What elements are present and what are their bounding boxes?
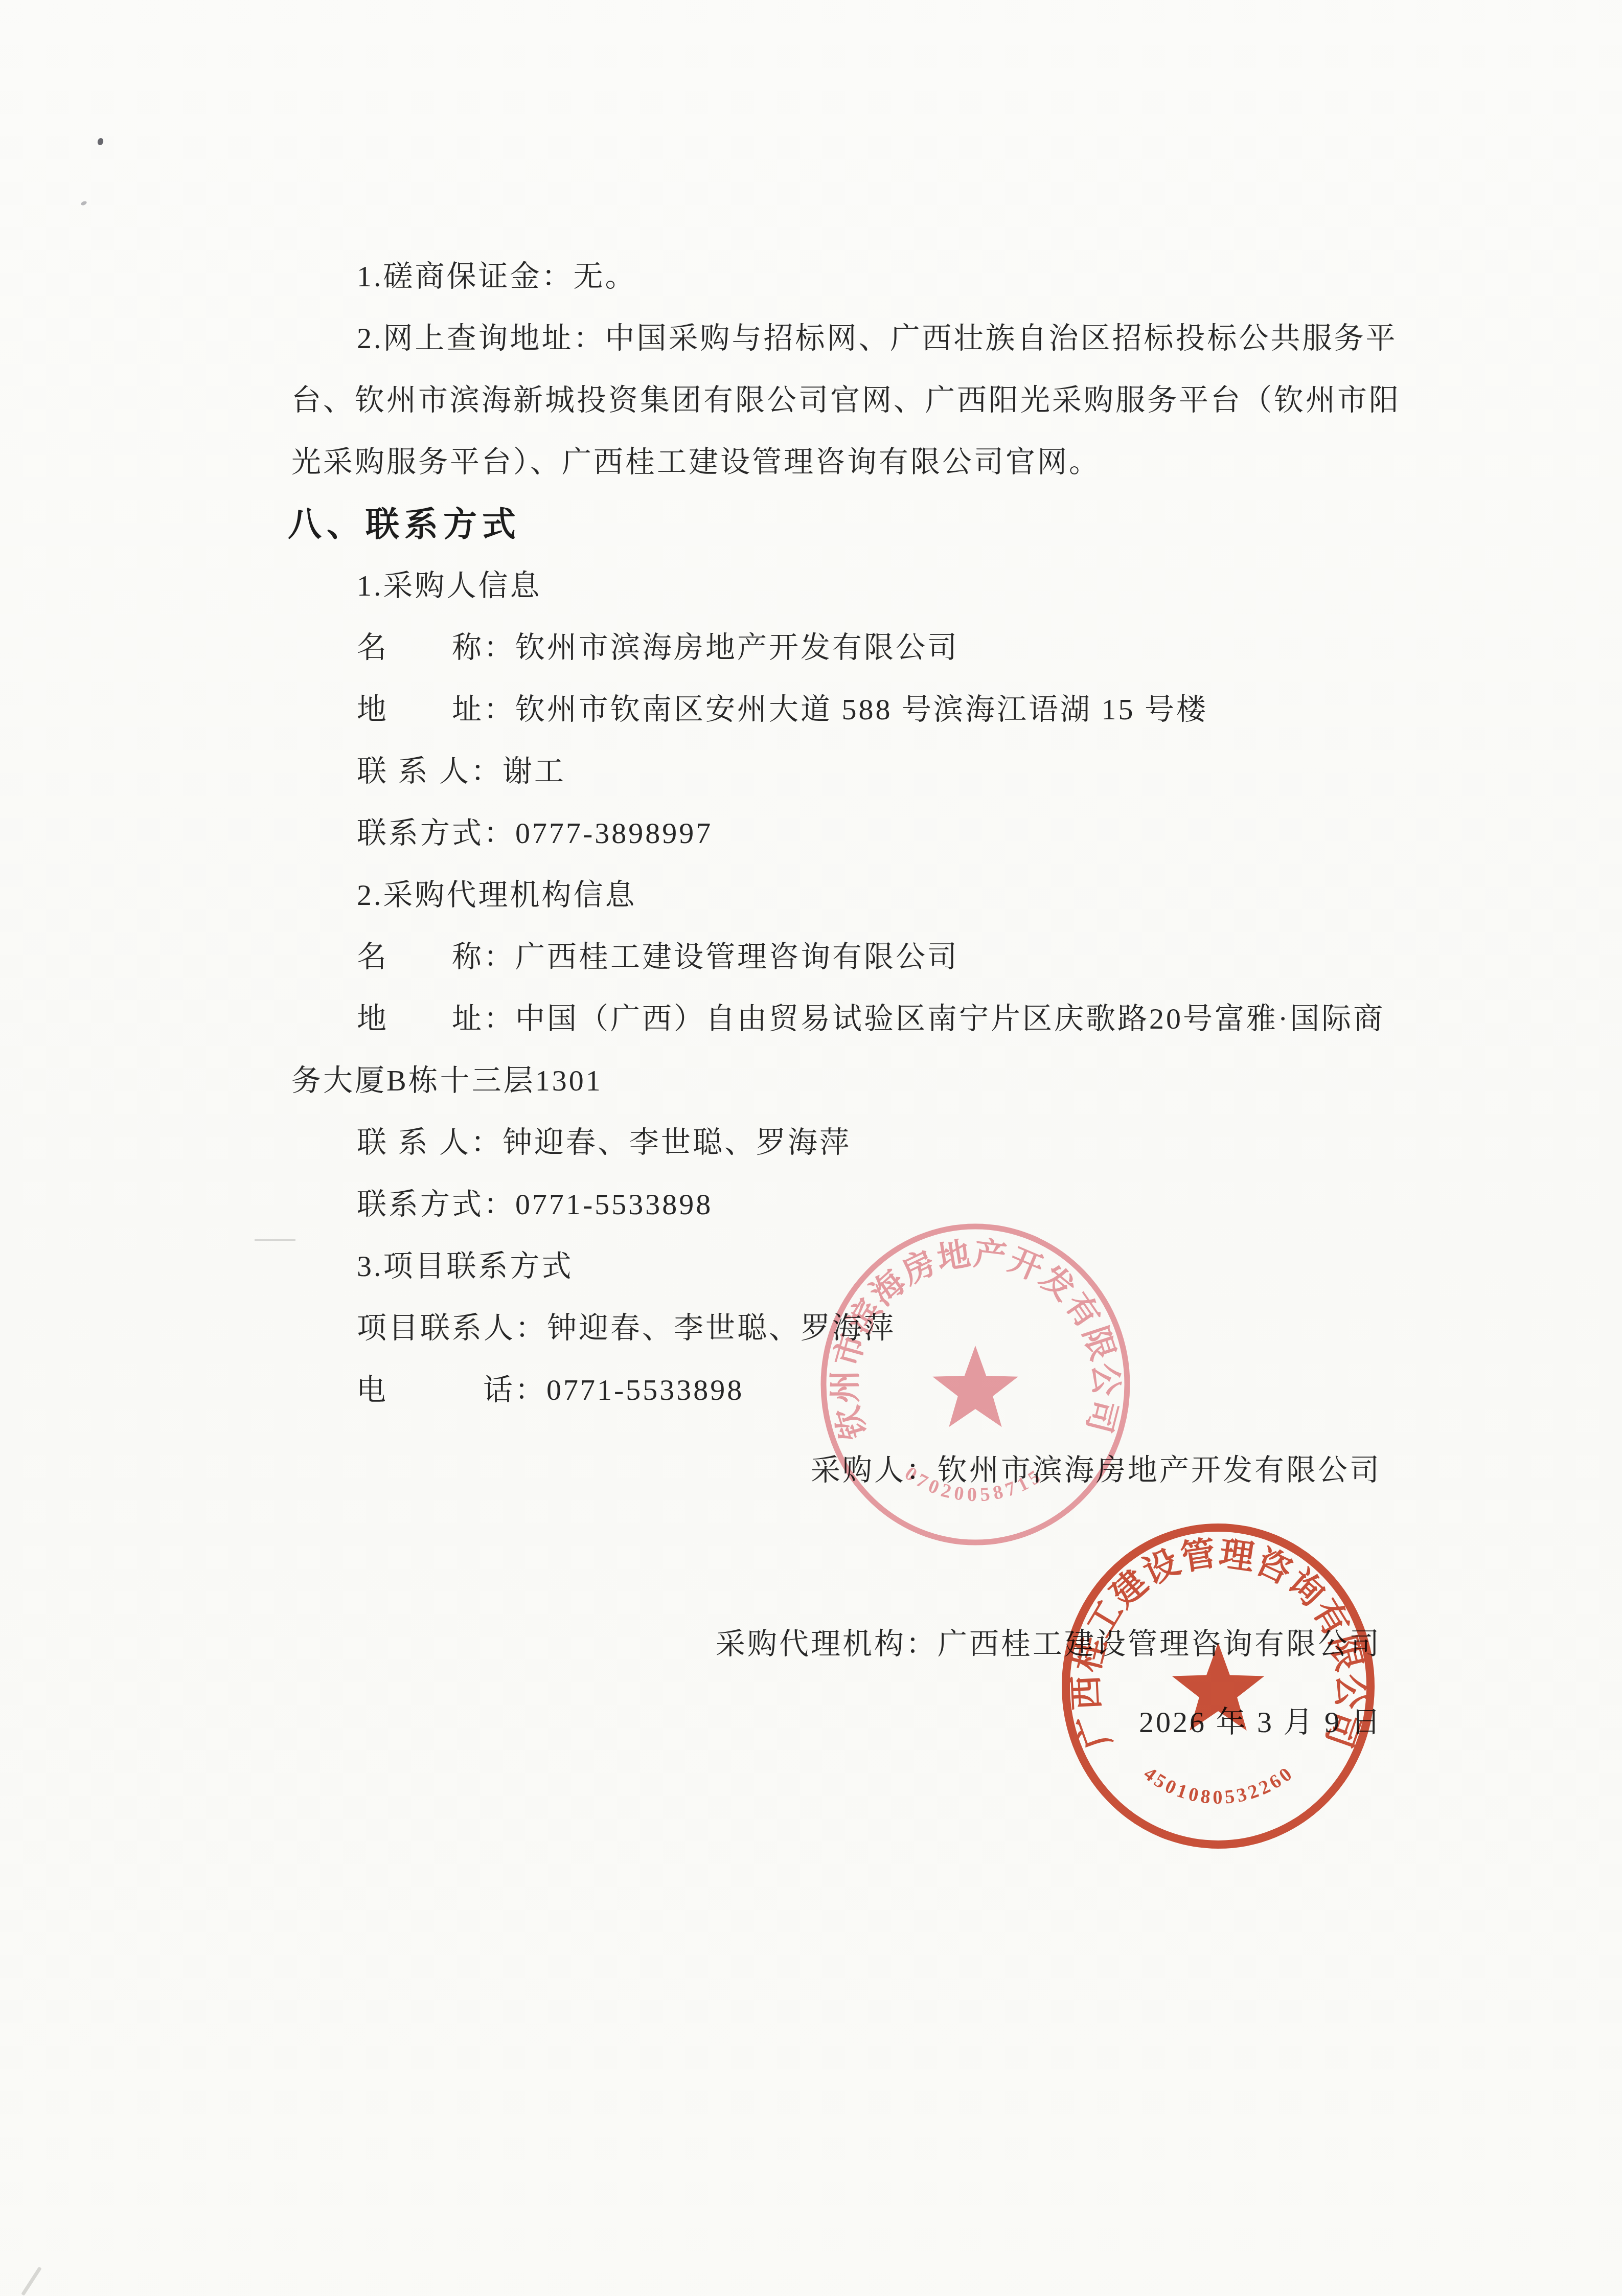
paragraph-lookup-3: 光采购服务平台）、广西桂工建设管理咨询有限公司官网。 <box>291 446 1101 478</box>
scan-streak-artifact <box>21 2266 42 2295</box>
scan-line-artifact <box>255 1239 295 1241</box>
buyer-name-line: 名 称：钦州市滨海房地产开发有限公司 <box>357 632 959 664</box>
star-icon <box>932 1346 1018 1427</box>
paragraph-lookup-2: 台、钦州市滨海新城投资集团有限公司官网、广西阳光采购服务平台（钦州市阳 <box>291 384 1401 416</box>
seal-ring <box>1066 1528 1370 1845</box>
paragraph-lookup-1: 2.网上查询地址：中国采购与招标网、广西壮族自治区招标投标公共服务平 <box>357 323 1398 354</box>
agency-name-line: 名 称：广西桂工建设管理咨询有限公司 <box>357 941 959 973</box>
seal-serial-number: 4501080532260 <box>1140 1762 1298 1808</box>
subheading-buyer-info: 1.采购人信息 <box>357 570 542 602</box>
buyer-company-seal: 钦州市滨海房地产开发有限公司 07020058715 <box>812 1216 1139 1553</box>
scan-speck <box>97 138 104 146</box>
signature-agency-line: 采购代理机构：广西桂工建设管理咨询有限公司 <box>716 1628 1381 1660</box>
seal-ring <box>824 1226 1127 1542</box>
seal-serial-wrap: 4501080532260 <box>1140 1762 1298 1808</box>
signature-date: 2026 年 3 月 9 日 <box>1139 1707 1383 1738</box>
paragraph-deposit: 1.磋商保证金：无。 <box>357 261 637 292</box>
agency-company-seal: 广西桂工建设管理咨询有限公司 4501080532260 <box>1052 1517 1384 1855</box>
agency-contact-person-line: 联 系 人：钟迎春、李世聪、罗海萍 <box>357 1127 851 1158</box>
signature-buyer-line: 采购人：钦州市滨海房地产开发有限公司 <box>811 1454 1381 1486</box>
project-phone-line: 电 话：0771-5533898 <box>356 1374 744 1406</box>
buyer-address-line: 地 址：钦州市钦南区安州大道 588 号滨海江语湖 15 号楼 <box>357 694 1208 725</box>
agency-address-line-1: 地 址：中国（广西）自由贸易试验区南宁片区庆歌路20号富雅·国际商 <box>357 1003 1385 1035</box>
subheading-agency-info: 2.采购代理机构信息 <box>357 879 637 911</box>
agency-address-line-2: 务大厦B栋十三层1301 <box>291 1065 603 1097</box>
buyer-contact-person-line: 联 系 人：谢工 <box>357 756 566 787</box>
subheading-project-contact: 3.项目联系方式 <box>357 1251 574 1282</box>
project-contact-person-line: 项目联系人：钟迎春、李世聪、罗海萍 <box>357 1312 896 1344</box>
scan-speck <box>80 200 87 206</box>
section-heading-contact: 八、联系方式 <box>288 506 521 542</box>
buyer-phone-line: 联系方式：0777-3898997 <box>357 817 713 849</box>
document-page: 1.磋商保证金：无。 2.网上查询地址：中国采购与招标网、广西壮族自治区招标投标… <box>0 0 1622 2296</box>
agency-phone-line: 联系方式：0771-5533898 <box>357 1189 713 1220</box>
